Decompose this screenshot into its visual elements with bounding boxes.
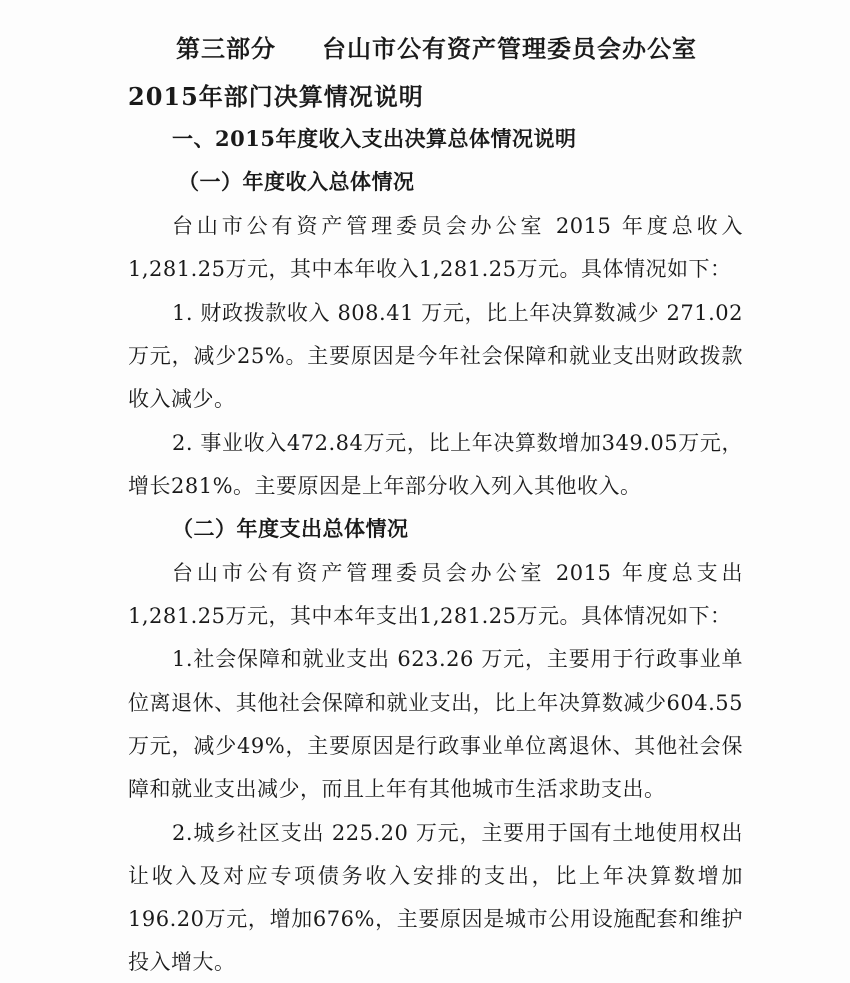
section-heading: 一、2015年度收入支出决算总体情况说明 (172, 124, 787, 154)
expense-intro-line1: 台山市公有资产管理委员会办公室 2015 年度总支出 (172, 558, 743, 588)
expense-item1-line4: 障和就业支出减少，而且上年有其他城市生活求助支出。 (128, 774, 743, 804)
expense-item1-line3: 万元，减少49%，主要原因是行政事业单位离退休、其他社会保 (128, 731, 743, 761)
income-item2-line2: 增长281%。主要原因是上年部分收入列入其他收入。 (128, 471, 743, 501)
income-item2-line1: 2. 事业收入472.84万元，比上年决算数增加349.05万元， (172, 428, 743, 458)
document-title-line2: 2015年部门决算情况说明 (128, 82, 743, 112)
income-intro-line1: 台山市公有资产管理委员会办公室 2015 年度总收入 (172, 211, 743, 241)
title-org-name: 台山市公有资产管理委员会办公室 (322, 34, 697, 63)
expense-item2-line4: 投入增大。 (128, 947, 743, 977)
expense-item1-line1: 1.社会保障和就业支出 623.26 万元，主要用于行政事业单 (172, 644, 743, 674)
expense-heading: （二）年度支出总体情况 (172, 514, 787, 544)
income-intro-line2: 1,281.25万元，其中本年收入1,281.25万元。具体情况如下： (128, 254, 743, 284)
expense-intro-line2: 1,281.25万元，其中本年支出1,281.25万元。具体情况如下： (128, 601, 743, 631)
document-page: 第三部分台山市公有资产管理委员会办公室 2015年部门决算情况说明 一、2015… (0, 0, 850, 983)
title-part-label: 第三部分 (176, 34, 276, 63)
income-item1-line3: 收入减少。 (128, 384, 743, 414)
document-title-line1: 第三部分台山市公有资产管理委员会办公室 (176, 34, 791, 64)
expense-item2-line2: 让收入及对应专项债务收入安排的支出，比上年决算数增加 (128, 861, 743, 891)
income-heading: （一）年度收入总体情况 (178, 167, 793, 197)
expense-item2-line1: 2.城乡社区支出 225.20 万元，主要用于国有土地使用权出 (172, 818, 743, 848)
expense-item1-line2: 位离退休、其他社会保障和就业支出，比上年决算数减少604.55 (128, 688, 743, 718)
income-item1-line1: 1. 财政拨款收入 808.41 万元，比上年决算数减少 271.02 (172, 298, 743, 328)
expense-item2-line3: 196.20万元，增加676%，主要原因是城市公用设施配套和维护 (128, 904, 743, 934)
income-item1-line2: 万元，减少25%。主要原因是今年社会保障和就业支出财政拨款 (128, 341, 743, 371)
